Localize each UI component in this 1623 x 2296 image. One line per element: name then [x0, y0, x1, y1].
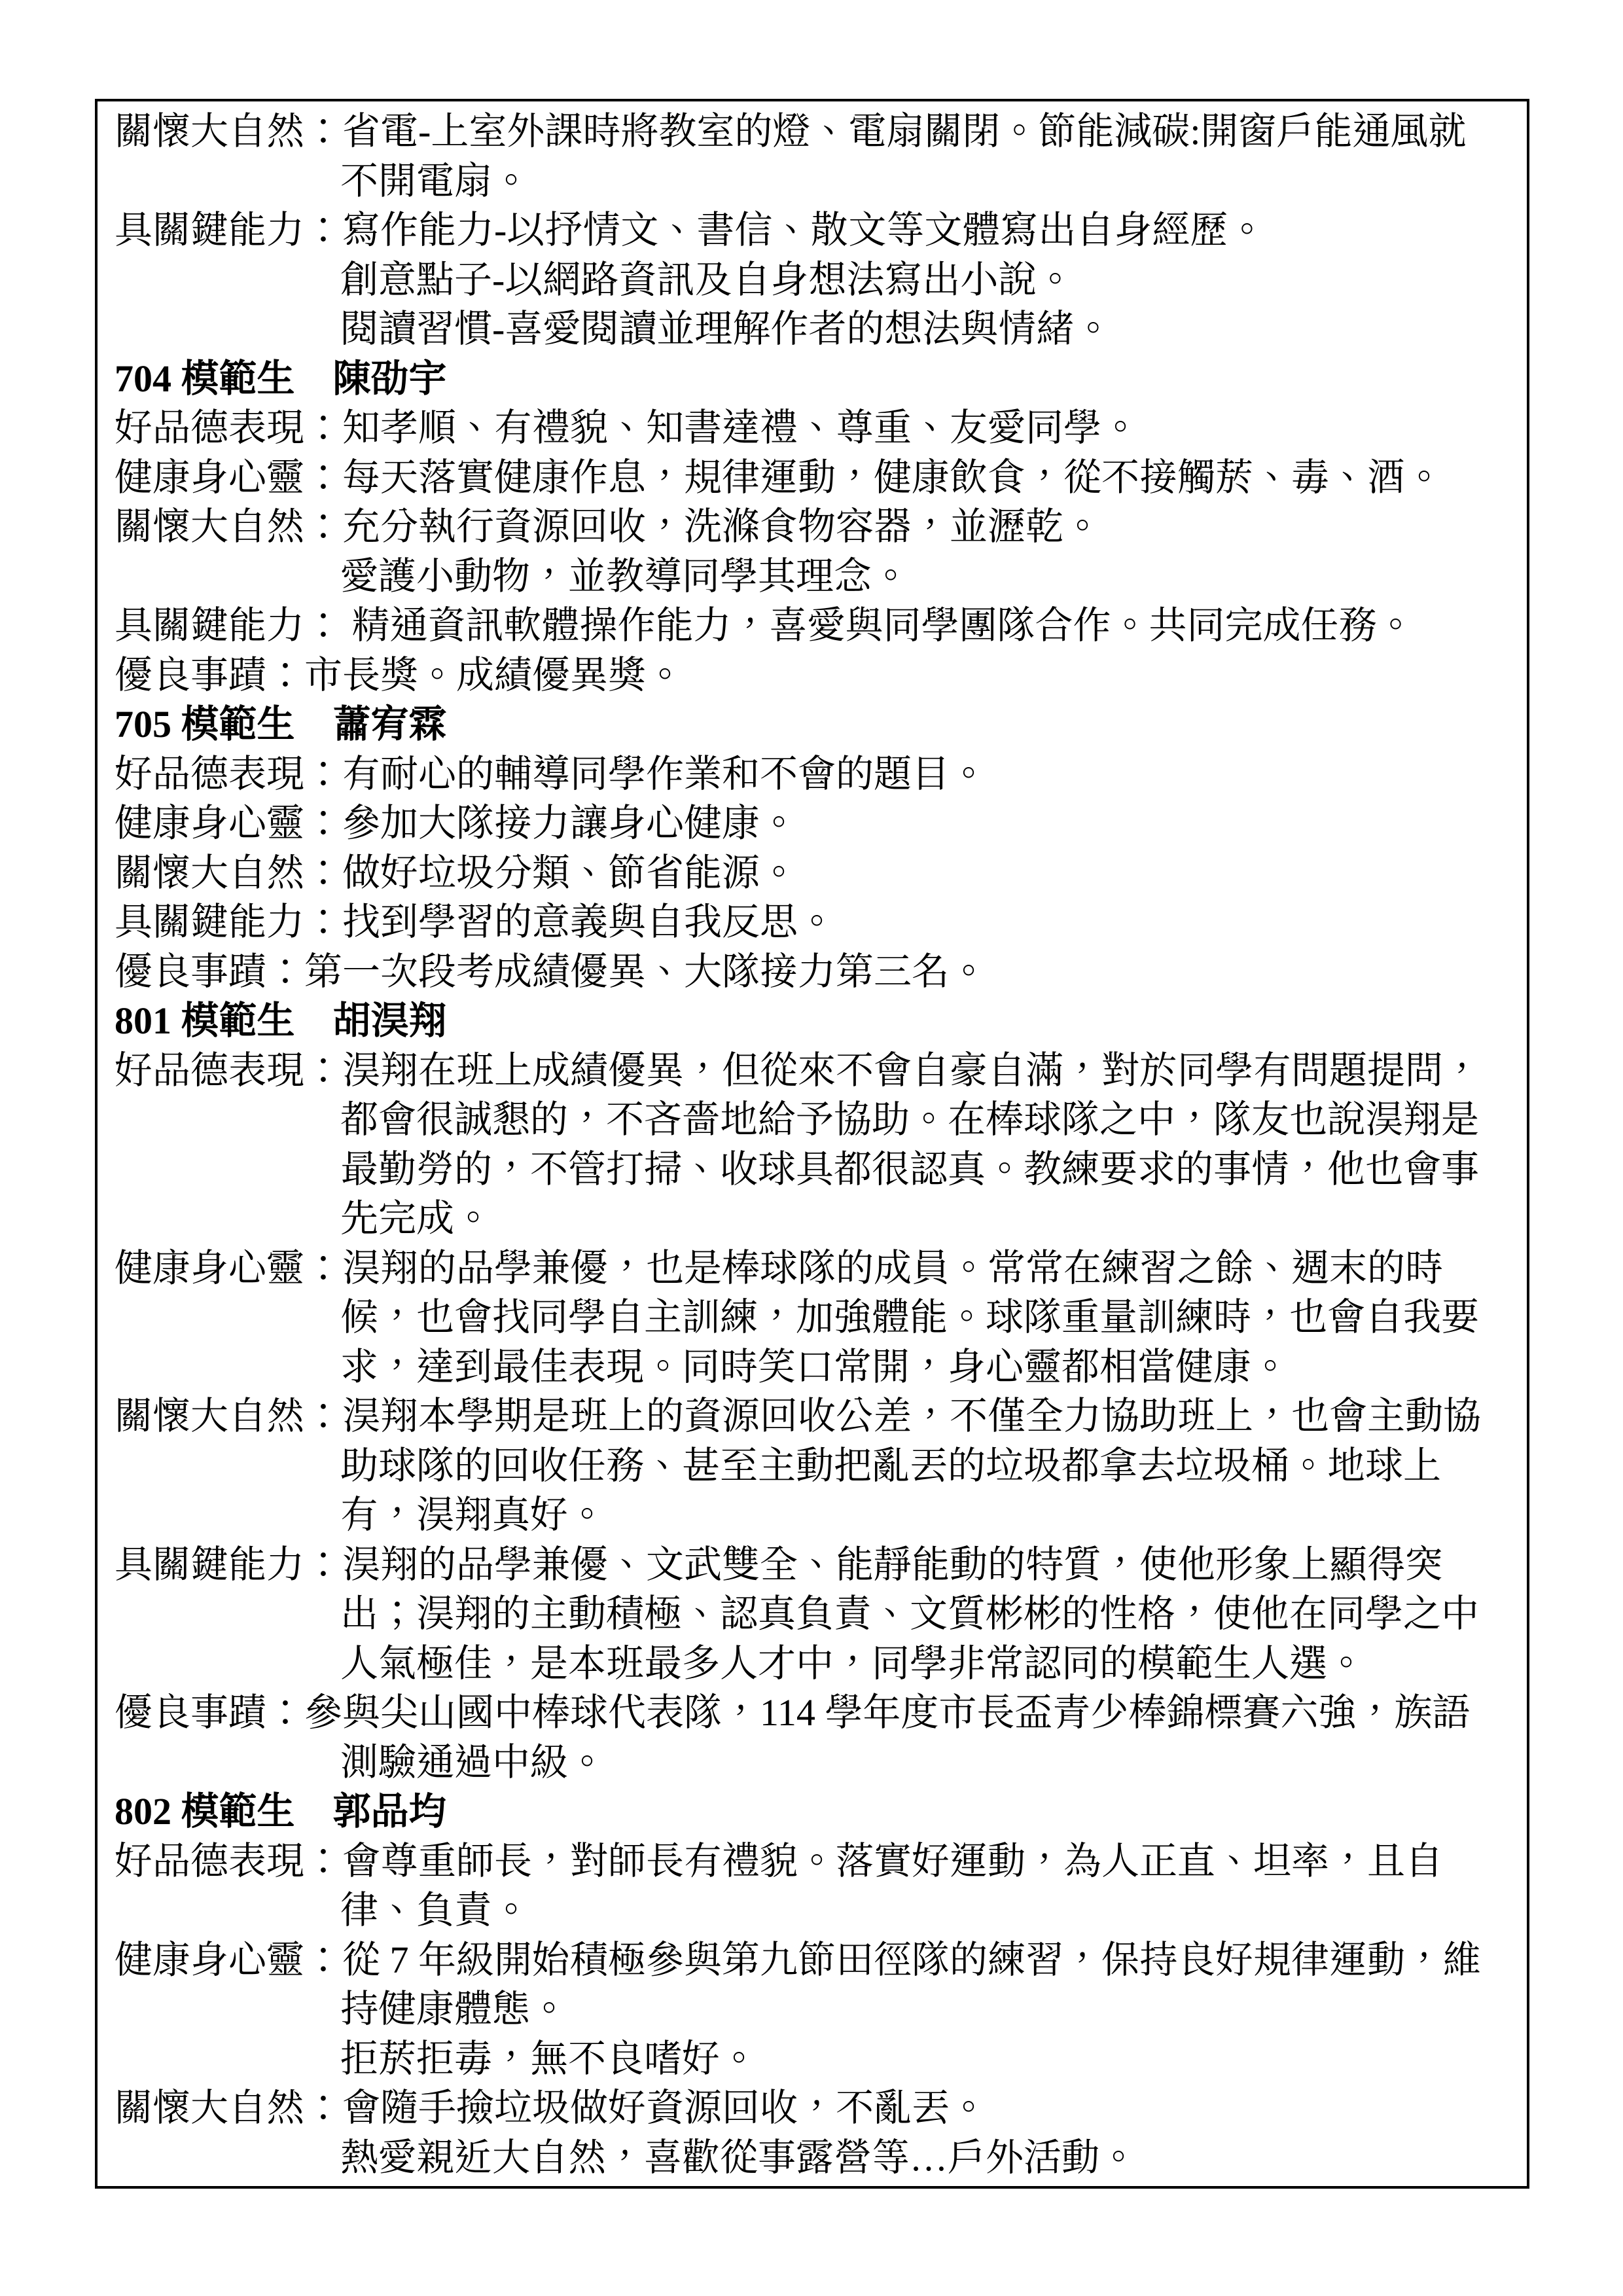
text-line: 都會很誠懇的，不吝嗇地給予協助。在棒球隊之中，隊友也說淏翔是 [115, 1095, 1515, 1145]
text-line: 優良事蹟：市長獎。成績優異獎。 [115, 651, 1515, 700]
text-line: 人氣極佳，是本班最多人才中，同學非常認同的模範生人選。 [115, 1639, 1515, 1689]
text-line: 律、負責。 [115, 1886, 1515, 1935]
text-line: 愛護小動物，並教導同學其理念。 [115, 552, 1515, 601]
text-line: 關懷大自然：會隨手撿垃圾做好資源回收，不亂丟。 [115, 2083, 1515, 2133]
text-line: 關懷大自然：充分執行資源回收，洗滌食物容器，並瀝乾。 [115, 502, 1515, 552]
text-line: 求，達到最佳表現。同時笑口常開，身心靈都相當健康。 [115, 1342, 1515, 1392]
text-line: 熱愛親近大自然，喜歡從事露營等…戶外活動。 [115, 2133, 1515, 2183]
text-line: 持健康體態。 [115, 1984, 1515, 2034]
text-line: 好品德表現：有耐心的輔導同學作業和不會的題目。 [115, 749, 1515, 799]
text-line: 好品德表現：知孝順、有禮貌、知書達禮、尊重、友愛同學。 [115, 403, 1515, 453]
student-heading: 704 模範生 陳劭宇 [115, 354, 1515, 404]
text-line: 不開電扇。 [115, 156, 1515, 206]
text-line: 好品德表現：淏翔在班上成績優異，但從來不會自豪自滿，對於同學有問題提問， [115, 1046, 1515, 1096]
text-line: 最勤勞的，不管打掃、收球具都很認真。教練要求的事情，他也會事 [115, 1145, 1515, 1194]
text-line: 具關鍵能力：淏翔的品學兼優、文武雙全、能靜能動的特質，使他形象上顯得突 [115, 1540, 1515, 1590]
text-line: 有，淏翔真好。 [115, 1490, 1515, 1540]
text-line: 出；淏翔的主動積極、認真負責、文質彬彬的性格，使他在同學之中 [115, 1589, 1515, 1639]
model-students-table-cell: 關懷大自然：省電-上室外課時將教室的燈、電扇關閉。節能減碳:開窗戶能通風就不開電… [95, 99, 1529, 2189]
student-heading: 801 模範生 胡淏翔 [115, 996, 1515, 1046]
text-line: 助球隊的回收任務、甚至主動把亂丟的垃圾都拿去垃圾桶。地球上 [115, 1441, 1515, 1491]
text-line: 健康身心靈：參加大隊接力讓身心健康。 [115, 798, 1515, 848]
text-line: 優良事蹟：第一次段考成績優異、大隊接力第三名。 [115, 947, 1515, 997]
text-line: 閱讀習慣-喜愛閱讀並理解作者的想法與情緒。 [115, 304, 1515, 354]
text-line: 拒菸拒毒，無不良嗜好。 [115, 2034, 1515, 2084]
text-line: 健康身心靈：從 7 年級開始積極參與第九節田徑隊的練習，保持良好規律運動，維 [115, 1935, 1515, 1985]
text-line: 關懷大自然：省電-上室外課時將教室的燈、電扇關閉。節能減碳:開窗戶能通風就 [115, 107, 1515, 156]
student-heading: 705 模範生 蕭宥霖 [115, 700, 1515, 749]
text-line: 健康身心靈：淏翔的品學兼優，也是棒球隊的成員。常常在練習之餘、週末的時 [115, 1244, 1515, 1293]
text-line: 健康身心靈：每天落實健康作息，規律運動，健康飲食，從不接觸菸、毒、酒。 [115, 453, 1515, 503]
text-line: 具關鍵能力：寫作能力-以抒情文、書信、散文等文體寫出自身經歷。 [115, 206, 1515, 255]
text-line: 關懷大自然：做好垃圾分類、節省能源。 [115, 848, 1515, 898]
text-line: 具關鍵能力：找到學習的意義與自我反思。 [115, 897, 1515, 947]
text-line: 優良事蹟：參與尖山國中棒球代表隊，114 學年度市長盃青少棒錦標賽六強，族語 [115, 1688, 1515, 1738]
text-line: 關懷大自然：淏翔本學期是班上的資源回收公差，不僅全力協助班上，也會主動協 [115, 1391, 1515, 1441]
text-line: 測驗通過中級。 [115, 1738, 1515, 1787]
text-line: 具關鍵能力： 精通資訊軟體操作能力，喜愛與同學團隊合作。共同完成任務。 [115, 601, 1515, 651]
document-page: 關懷大自然：省電-上室外課時將教室的燈、電扇關閉。節能減碳:開窗戶能通風就不開電… [0, 0, 1623, 2296]
text-line: 創意點子-以網路資訊及自身想法寫出小說。 [115, 255, 1515, 305]
text-line: 好品德表現：會尊重師長，對師長有禮貌。落實好運動，為人正直、坦率，且自 [115, 1837, 1515, 1886]
text-line: 候，也會找同學自主訓練，加強體能。球隊重量訓練時，也會自我要 [115, 1293, 1515, 1342]
student-heading: 802 模範生 郭品均 [115, 1787, 1515, 1837]
text-line: 先完成。 [115, 1194, 1515, 1244]
